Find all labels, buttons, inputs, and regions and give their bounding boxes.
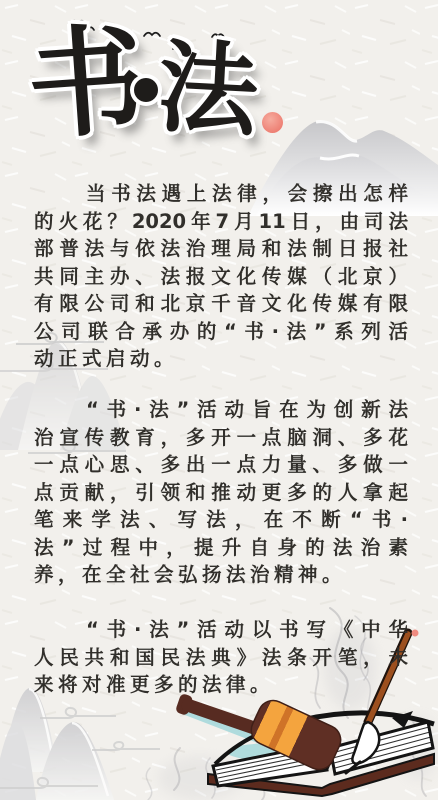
text-line: 的火花？2020年7月11日，由司法 — [34, 208, 408, 236]
text-line: 治宣传教育，多开一点脑洞、多花 — [34, 424, 408, 452]
title-separator-dot — [134, 78, 158, 102]
poster-root: 书 法 — [0, 0, 438, 800]
title-char-fa: 法 — [155, 37, 260, 142]
cloud-swirl-icon — [0, 776, 100, 792]
paragraph-civil-code: “书·法”活动以书写《中华 人民共和国民法典》法条开笔，未 来将对准更多的法律。 — [34, 616, 408, 699]
poster-title: 书 法 — [0, 0, 438, 190]
text-line: 动正式启动。 — [34, 345, 408, 373]
text-line: 公司联合承办的“书·法”系列活 — [34, 318, 408, 346]
brush-red-dot-icon — [412, 630, 419, 637]
text-line: “书·法”活动以书写《中华 — [34, 616, 408, 644]
text-line: 来将对准更多的法律。 — [34, 671, 408, 699]
text-line: 部普法与依法治理局和法制日报社 — [34, 235, 408, 263]
cloud-swirl-icon — [40, 706, 118, 722]
text-line: “书·法”活动旨在为创新法 — [34, 396, 408, 424]
text-line: 有限公司和北京千音文化传媒有限 — [34, 290, 408, 318]
text-line: 笔来学法、写法，在不断“书· — [34, 506, 408, 534]
text-line: 养，在全社会弘扬法治精神。 — [34, 561, 408, 589]
text-line: 法”过程中，提升自身的法治素 — [34, 534, 408, 562]
text-line: 当书法遇上法律，会擦出怎样 — [34, 180, 408, 208]
text-line: 点贡献，引领和推动更多的人拿起 — [34, 479, 408, 507]
title-char-shu: 书 — [24, 20, 150, 146]
paragraph-purpose: “书·法”活动旨在为创新法 治宣传教育，多开一点脑洞、多花 一点心思、多出一点力… — [34, 396, 408, 589]
text-line: 一点心思、多出一点力量、多做一 — [34, 451, 408, 479]
paragraph-intro: 当书法遇上法律，会擦出怎样 的火花？2020年7月11日，由司法 部普法与依法治… — [34, 180, 408, 373]
text-line: 共同主办、法报文化传媒（北京） — [34, 263, 408, 291]
text-line: 人民共和国民法典》法条开笔，未 — [34, 644, 408, 672]
